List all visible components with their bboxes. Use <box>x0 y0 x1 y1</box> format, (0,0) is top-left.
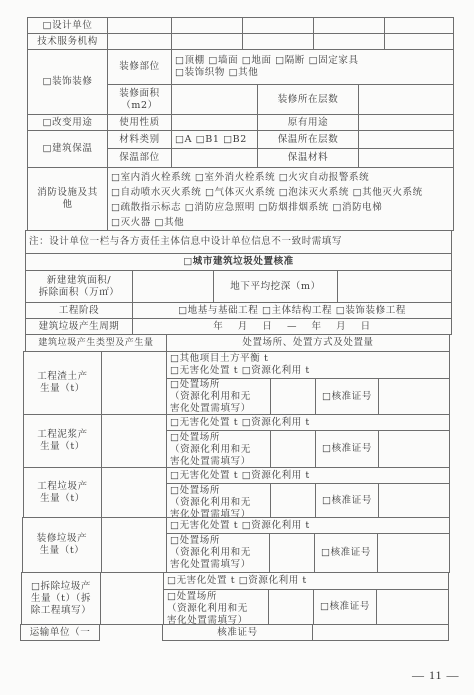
demolition-waste-amount[interactable] <box>100 572 164 625</box>
site-label-line1: □处置场所 <box>170 485 270 497</box>
eng-waste-label: 工程垃圾产生量（t） <box>23 467 102 518</box>
tech-service-cell-2[interactable] <box>171 33 243 50</box>
deco-waste-options[interactable]: □无害化处置 t □资源化利用 t <box>166 517 450 534</box>
material-type-options[interactable]: □A □B1 □B2 <box>171 130 258 149</box>
insulation-label: □建筑保温 <box>27 130 108 168</box>
depth-label: 地下平均挖深（m） <box>213 270 338 303</box>
decoration-part-options[interactable]: □顶棚 □墙面 □地面 □隔断 □固定家具 □装饰织物 □其他 <box>171 49 454 85</box>
insulation-part-label: 保温部位 <box>107 148 172 168</box>
fire-facilities-options[interactable]: □室内消火栓系统 □室外消火栓系统 □火灾自动报警系统 □自动喷水灭火系统 □气… <box>107 167 454 231</box>
decoration-area-label-line2: （m2） <box>121 100 157 112</box>
design-unit-cell-4[interactable] <box>313 17 385 34</box>
transport-approval-label: 核准证号 <box>162 624 313 641</box>
muck-option-balance[interactable]: □其他项目土方平衡 t <box>170 353 449 365</box>
deco-waste-amount[interactable] <box>101 517 167 573</box>
insulation-part-value[interactable] <box>171 148 258 168</box>
design-unit-note: 注：设计单位一栏与各方责任主体信息中设计单位信息不一致时需填写 <box>25 230 452 254</box>
eng-waste-options[interactable]: □无害化处置 t □资源化利用 t <box>166 467 450 484</box>
fire-options-line4[interactable]: □灭火器 □其他 <box>111 215 453 230</box>
design-unit-cell-3[interactable] <box>242 17 314 34</box>
site-label-line1: □处置场所 <box>170 535 269 547</box>
eng-waste-approval-label[interactable]: □核准证号 <box>315 483 379 518</box>
deco-waste-label: 装修垃圾产生量（t） <box>22 517 102 573</box>
decoration-floor-label: 装修所在层数 <box>257 84 359 115</box>
mud-approval-value[interactable] <box>378 430 450 468</box>
decoration-part-options-line2[interactable]: □装饰织物 □其他 <box>175 67 453 79</box>
insulation-floor-label: 保温所在层数 <box>257 130 359 149</box>
fire-options-line3[interactable]: □疏散指示标志 □消防应急照明 □防烟排烟系统 □消防电梯 <box>111 200 453 215</box>
new-area-label-line2: 拆除面积（万㎡） <box>39 287 120 299</box>
stage-label: 工程阶段 <box>25 302 133 319</box>
site-label-line2: （资源化利用和无 <box>170 444 270 456</box>
period-label: 建筑垃圾产生周期 <box>25 318 133 335</box>
demolition-site-label[interactable]: □处置场所 （资源化利用和无 害化处置需填写） <box>163 589 269 625</box>
design-unit-cell-5[interactable] <box>384 17 454 34</box>
muck-site-label[interactable]: □处置场所 （资源化利用和无 害化处置需填写） <box>166 378 271 415</box>
tech-service-cell-5[interactable] <box>384 33 454 50</box>
demolition-approval-label[interactable]: □核准证号 <box>313 589 377 625</box>
site-label-line1: □处置场所 <box>170 379 270 391</box>
stage-options[interactable]: □地基与基础工程 □主体结构工程 □装饰装修工程 <box>132 302 452 319</box>
deco-waste-approval-label[interactable]: □核准证号 <box>314 533 378 573</box>
fire-facilities-label: 消防设施及其他 <box>27 167 108 231</box>
original-use-value[interactable] <box>358 114 454 131</box>
demolition-site-value[interactable] <box>268 589 314 625</box>
muck-option-treat[interactable]: □无害化处置 t □资源化利用 t <box>170 365 449 377</box>
transport-value[interactable] <box>99 624 163 641</box>
eng-waste-approval-value[interactable] <box>378 483 450 518</box>
demolition-approval-value[interactable] <box>376 589 449 625</box>
page-number: — 11 — <box>412 668 460 683</box>
design-unit-label: □设计单位 <box>27 17 108 34</box>
new-area-label-line1: 新建建筑面积/ <box>47 275 111 287</box>
design-unit-cell-1[interactable] <box>107 17 172 34</box>
decoration-area-label: 装修面积 （m2） <box>107 84 172 115</box>
muck-site-value[interactable] <box>270 378 316 415</box>
new-area-label: 新建建筑面积/ 拆除面积（万㎡） <box>25 270 133 303</box>
site-label-line1: □处置场所 <box>167 591 268 603</box>
muck-amount[interactable] <box>101 351 167 415</box>
muck-label: 工程渣土产生量（t） <box>23 351 102 415</box>
depth-value[interactable] <box>337 270 452 303</box>
use-nature-label: 使用性质 <box>107 114 172 131</box>
muck-options[interactable]: □其他项目土方平衡 t □无害化处置 t □资源化利用 t <box>166 351 450 379</box>
decoration-label: □装饰装修 <box>27 49 108 115</box>
muck-approval-label[interactable]: □核准证号 <box>315 378 379 415</box>
section-title[interactable]: □城市建筑垃圾处置核准 <box>25 253 452 271</box>
tech-service-cell-3[interactable] <box>242 33 314 50</box>
site-label-line2: （资源化利用和无 <box>170 497 270 509</box>
demolition-waste-label[interactable]: □拆除垃圾产生量（t）（拆除工程填写） <box>21 572 101 625</box>
decoration-area-label-line1: 装修面积 <box>119 88 159 100</box>
fire-options-line1[interactable]: □室内消火栓系统 □室外消火栓系统 □火灾自动报警系统 <box>111 170 453 185</box>
site-label-line1: □处置场所 <box>170 432 270 444</box>
mud-label: 工程泥浆产生量（t） <box>23 414 102 468</box>
eng-waste-site-value[interactable] <box>270 483 316 518</box>
deco-waste-site-label[interactable]: □处置场所 （资源化利用和无 害化处置需填写） <box>166 533 270 573</box>
insulation-floor-value[interactable] <box>358 130 454 149</box>
site-label-line2: （资源化利用和无 <box>167 603 268 615</box>
tech-service-cell-1[interactable] <box>107 33 172 50</box>
decoration-part-label: 装修部位 <box>107 49 172 85</box>
demolition-waste-options[interactable]: □无害化处置 t □资源化利用 t <box>163 572 449 590</box>
change-use-label: □改变用途 <box>27 114 108 131</box>
transport-label: 运输单位（一 <box>20 624 100 641</box>
tech-service-cell-4[interactable] <box>313 33 385 50</box>
eng-waste-site-label[interactable]: □处置场所 （资源化利用和无 害化处置需填写） <box>166 483 271 518</box>
design-unit-cell-2[interactable] <box>171 17 243 34</box>
period-value[interactable]: 年 月 日 — 年 月 日 <box>132 318 452 335</box>
mud-amount[interactable] <box>101 414 167 468</box>
disposal-header: 处置场所、处置方式及处置量 <box>166 334 450 352</box>
decoration-floor-value[interactable] <box>358 84 454 115</box>
site-label-line2: （资源化利用和无 <box>170 391 270 403</box>
site-label-line2: （资源化利用和无 <box>170 547 269 559</box>
deco-waste-approval-value[interactable] <box>377 533 450 573</box>
muck-approval-value[interactable] <box>378 378 450 415</box>
mud-site-value[interactable] <box>270 430 316 468</box>
insulation-material-value[interactable] <box>358 148 454 168</box>
mud-approval-label[interactable]: □核准证号 <box>315 430 379 468</box>
fire-options-line2[interactable]: □自动喷水灭火系统 □气体灭火系统 □泡沫灭火系统 □其他灭火系统 <box>111 185 453 200</box>
deco-waste-site-value[interactable] <box>269 533 315 573</box>
mud-options[interactable]: □无害化处置 t □资源化利用 t <box>166 414 450 431</box>
site-label-line3: 害化处置需填写） <box>170 559 269 571</box>
original-use-label: 原有用途 <box>257 114 359 131</box>
tech-service-label: 技术服务机构 <box>27 33 108 50</box>
decoration-part-options-line1[interactable]: □顶棚 □墙面 □地面 □隔断 □固定家具 <box>175 55 453 67</box>
type-header: 建筑垃圾产生类型及产生量 <box>25 334 167 352</box>
use-nature-value[interactable] <box>171 114 258 131</box>
mud-site-label[interactable]: □处置场所 （资源化利用和无 害化处置需填写） <box>166 430 271 468</box>
decoration-area-value[interactable] <box>171 84 258 115</box>
new-area-value[interactable] <box>132 270 214 303</box>
eng-waste-amount[interactable] <box>101 467 167 518</box>
transport-approval-value[interactable] <box>312 624 449 641</box>
insulation-material-label: 保温材料 <box>257 148 359 168</box>
material-type-label: 材料类别 <box>107 130 172 149</box>
